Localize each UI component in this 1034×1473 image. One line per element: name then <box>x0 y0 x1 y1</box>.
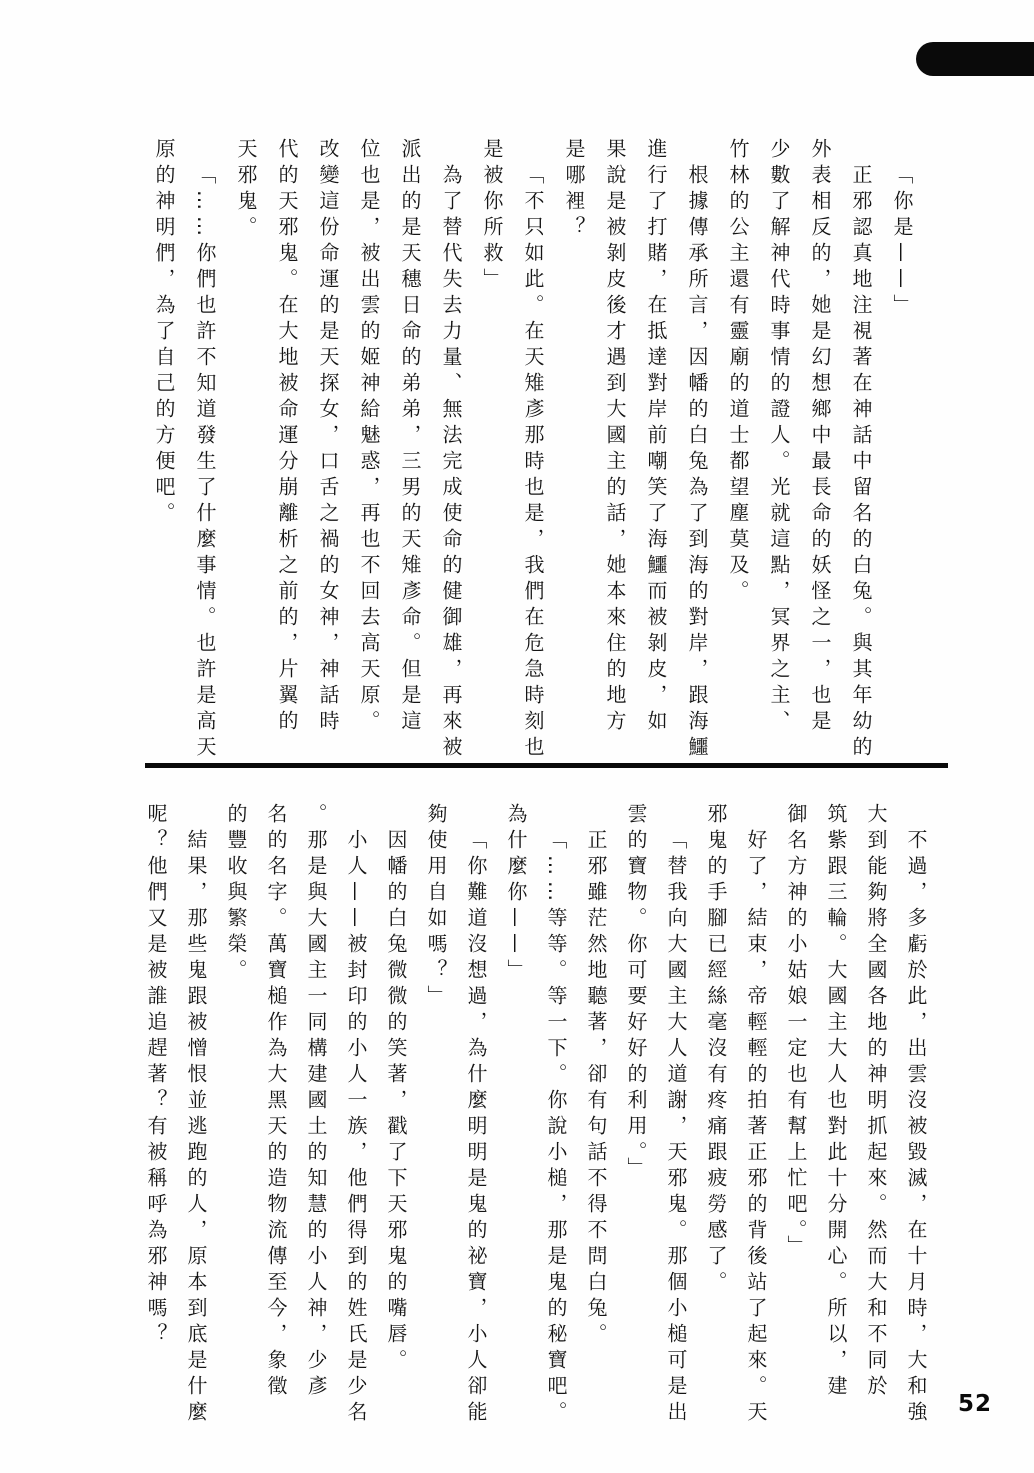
text-column: 因幡的白兔微微的笑著，戳了下天邪鬼的嘴唇。 <box>376 803 416 1463</box>
text-column: 。那是與大國主一同構建國土的知慧的小人神，少彥 <box>296 803 336 1463</box>
text-column: 「……等等。等一下。你說小槌，那是鬼的秘寶吧。 <box>536 803 576 1463</box>
page-number: 52 <box>958 1391 992 1417</box>
text-column: 邪鬼的手腳已經絲毫沒有疼痛跟疲勞感了。 <box>696 803 736 1463</box>
text-column: 的豐收與繁榮。 <box>216 803 256 1463</box>
page-edge-tab-mark <box>916 42 1034 76</box>
text-column: 天邪鬼。 <box>225 138 266 778</box>
text-column: 根據傳承所言，因幡的白兔為了到海的對岸，跟海鱷 <box>676 138 717 778</box>
text-column: 雲的寶物。你可要好好的利用。」 <box>616 803 656 1463</box>
text-column: 少數了解神代時事情的證人。光就這點，冥界之主、 <box>758 138 799 778</box>
text-column: 御名方神的小姑娘一定也有幫上忙吧。」 <box>776 803 816 1463</box>
text-column: 為了替代失去力量、無法完成使命的健御雄，再來被 <box>430 138 471 778</box>
text-column: 代的天邪鬼。在大地被命運分崩離析之前的，片翼的 <box>266 138 307 778</box>
text-column: 好了，結束，帝輕輕的拍著正邪的背後站了起來。天 <box>736 803 776 1463</box>
text-column: 派出的是天穗日命的弟弟，三男的天雉彥命。但是這 <box>389 138 430 778</box>
text-column: 「你難道沒想過，為什麼明明是鬼的祕寶，小人卻能 <box>456 803 496 1463</box>
text-column: 正邪雖茫然地聽著，卻有句話不得不問白兔。 <box>576 803 616 1463</box>
text-column: 是被你所救」 <box>471 138 512 778</box>
section-divider-rule <box>145 763 948 768</box>
text-column: 「不只如此。在天雉彥那時也是，我們在危急時刻也 <box>512 138 553 778</box>
text-column: 呢？他們又是被誰追趕著？有被稱呼為邪神嗎？ <box>136 803 176 1463</box>
text-column: 果說是被剝皮後才遇到大國主的話，她本來住的地方 <box>594 138 635 778</box>
text-column: 為什麼你——」 <box>496 803 536 1463</box>
text-column: 夠使用自如嗎？」 <box>416 803 456 1463</box>
text-column: 外表相反的，她是幻想鄉中最長命的妖怪之一，也是 <box>799 138 840 778</box>
text-column: 結果，那些鬼跟被憎恨並逃跑的人，原本到底是什麼 <box>176 803 216 1463</box>
text-column: 是哪裡？ <box>553 138 594 778</box>
text-column: 大到能夠將全國各地的神明抓起來。然而大和不同於 <box>856 803 896 1463</box>
text-column: 名的名字。萬寶槌作為大黑天的造物流傳至今，象徵 <box>256 803 296 1463</box>
text-column: 筑紫跟三輪。大國主大人也對此十分開心。所以，建 <box>816 803 856 1463</box>
text-column: 改變這份命運的是天探女，口舌之禍的女神，神話時 <box>307 138 348 778</box>
text-column: 竹林的公主還有靈廟的道士都望塵莫及。 <box>717 138 758 778</box>
text-column: 位也是，被出雲的姬神給魅惑，再也不回去高天原。 <box>348 138 389 778</box>
text-column: 小人——被封印的小人一族，他們得到的姓氏是少名 <box>336 803 376 1463</box>
book-page: 「你是——」正邪認真地注視著在神話中留名的白兔。與其年幼的外表相反的，她是幻想鄉… <box>0 0 1034 1473</box>
text-column: 正邪認真地注視著在神話中留名的白兔。與其年幼的 <box>840 138 881 778</box>
text-column: 「你是——」 <box>881 138 922 778</box>
text-column: 進行了打賭，在抵達對岸前嘲笑了海鱷而被剝皮，如 <box>635 138 676 778</box>
text-column: 「……你們也許不知道發生了什麼事情。也許是高天 <box>184 138 225 778</box>
text-section-bottom: 不過，多虧於此，出雲沒被毀滅，在十月時，大和強大到能夠將全國各地的神明抓起來。然… <box>136 803 936 1463</box>
text-column: 原的神明們，為了自己的方便吧。 <box>143 138 184 778</box>
text-column: 不過，多虧於此，出雲沒被毀滅，在十月時，大和強 <box>896 803 936 1463</box>
text-column: 「替我向大國主大人道謝，天邪鬼。那個小槌可是出 <box>656 803 696 1463</box>
text-section-top: 「你是——」正邪認真地注視著在神話中留名的白兔。與其年幼的外表相反的，她是幻想鄉… <box>143 138 922 778</box>
